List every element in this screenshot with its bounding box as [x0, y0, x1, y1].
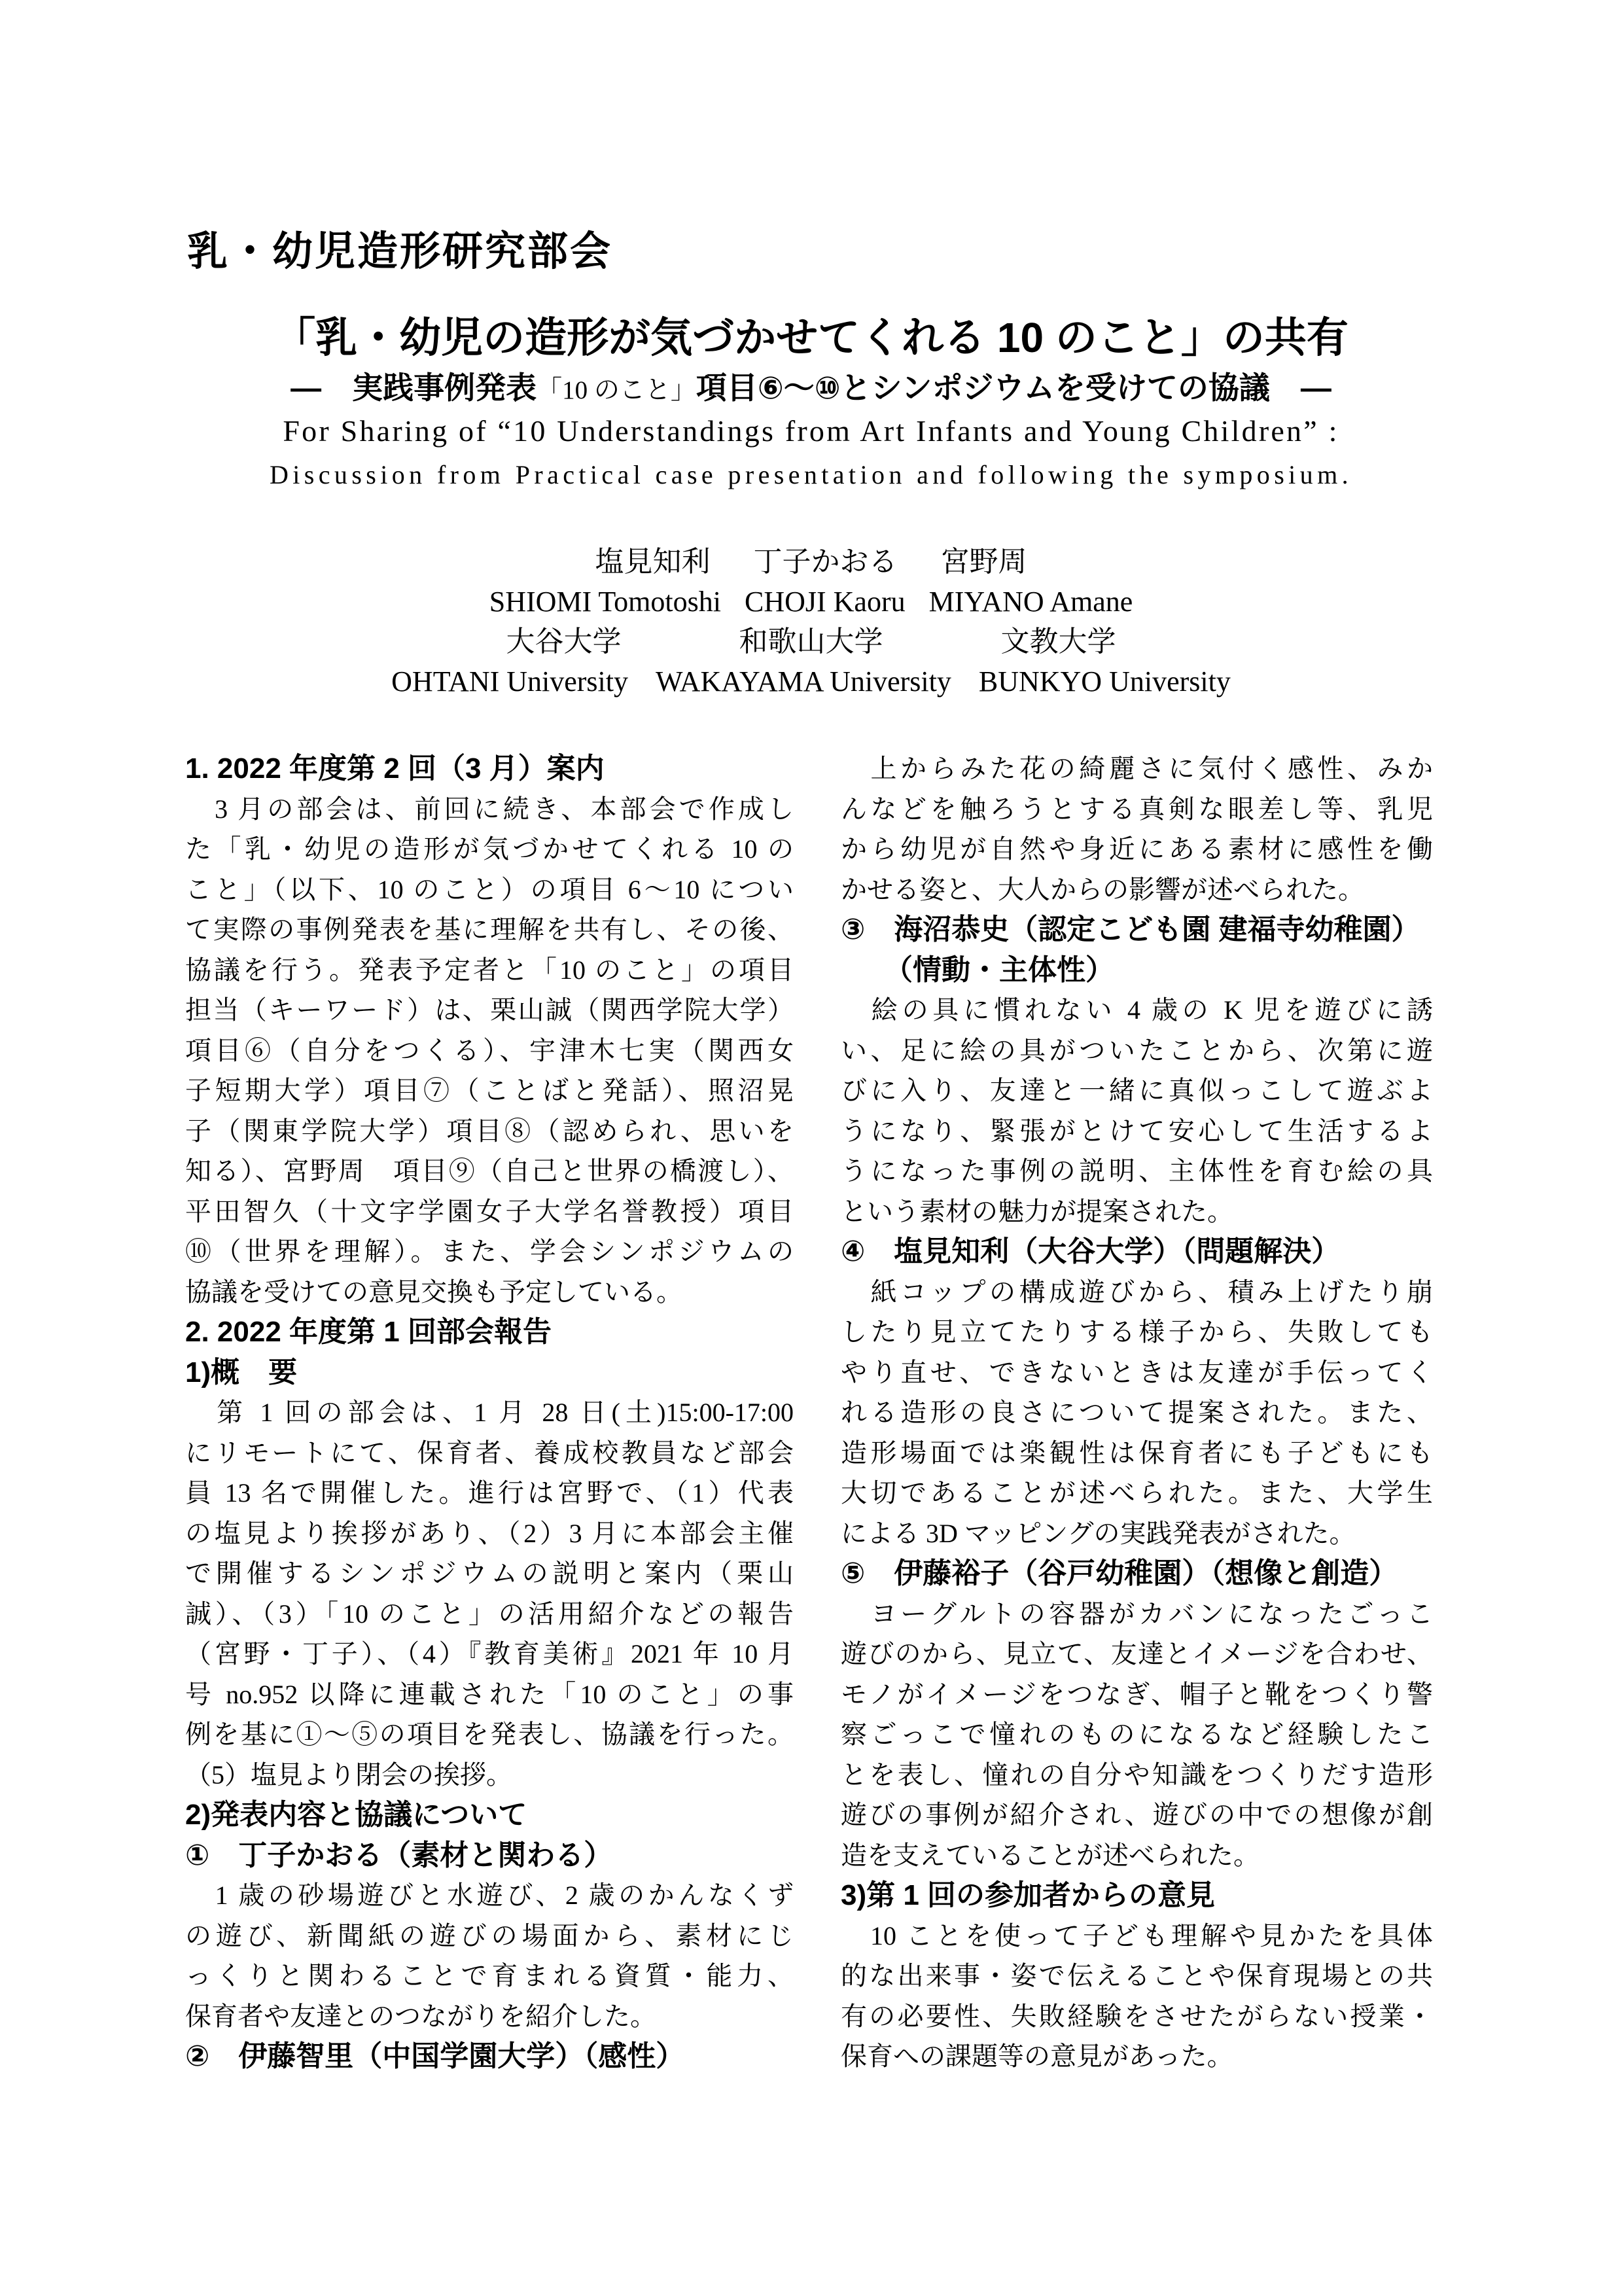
page: 乳・幼児造形研究部会 「乳・幼児の造形が気づかせてくれる 10 のこと」の共有 … — [0, 0, 1622, 2296]
text-line: 有の必要性、失敗経験をさせたがらない授業・ — [841, 1996, 1433, 2037]
paragraph: 1 歳の砂場遊びと水遊び、2 歳のかんなくずの遊び、新聞紙の遊びの場面から、素材… — [185, 1875, 794, 2036]
section-heading: 2)発表内容と協議について — [185, 1795, 794, 1835]
text-line: 協議を受けての意見交換も予定している。 — [185, 1272, 794, 1313]
text-line: い、足に絵の具がついたことから、次第に遊 — [841, 1031, 1433, 1071]
text-line: 絵の具に慣れない 4 歳の K 児を遊びに誘 — [841, 990, 1433, 1031]
text-line: 保育への課題等の意見があった。 — [841, 2036, 1433, 2077]
affiliation: 和歌山大学 — [739, 622, 883, 662]
text-line: れる造形の良さについて提案された。また、 — [841, 1392, 1433, 1433]
page-subtitle: ― 実践事例発表「10 のこと」項目⑥～⑩とシンポジウムを受けての協議 ― — [0, 370, 1622, 408]
text-line: （宮野・丁子）、（4）『教育美術』2021 年 10 月 — [185, 1634, 794, 1674]
text-line: こと」（以下、10 のこと）の項目 6～10 につい — [185, 870, 794, 910]
text-line: 協議を行う。発表予定者と「10 のこと」の項目 — [185, 950, 794, 991]
text-line: 第 1 回の部会は、1 月 28 日(土)15:00-17:00 — [185, 1392, 794, 1433]
section-heading: ① 丁子かおる（素材と関わる） — [185, 1835, 794, 1876]
subtitle-prefix: ― 実践事例発表 — [291, 370, 537, 405]
text-line: という素材の魅力が提案された。 — [841, 1192, 1433, 1232]
text-line: 紙コップの構成遊びから、積み上げたり崩 — [841, 1272, 1433, 1313]
text-line: にリモートにて、保育者、養成校教員など部会 — [185, 1433, 794, 1474]
text-line: で開催するシンポジウムの説明と案内（栗山 — [185, 1553, 794, 1594]
author-names-romanized: SHIOMI Tomotoshi CHOJI Kaoru MIYANO Aman… — [0, 582, 1622, 622]
section-heading: 2. 2022 年度第 1 回部会報告 — [185, 1312, 794, 1352]
section-heading: ⑤ 伊藤裕子（谷戸幼稚園）（想像と創造） — [841, 1553, 1433, 1594]
text-line: 察ごっこで憧れのものになるなど経験したこ — [841, 1714, 1433, 1755]
paragraph: 紙コップの構成遊びから、積み上げたり崩したり見立てたりする様子から、失敗してもや… — [841, 1272, 1433, 1554]
paragraph: 第 1 回の部会は、1 月 28 日(土)15:00-17:00にリモートにて、… — [185, 1392, 794, 1795]
text-line: ヨーグルトの容器がカバンになったごっこ — [841, 1594, 1433, 1634]
text-line: かせる姿と、大人からの影響が述べられた。 — [841, 870, 1433, 910]
text-line: ⑩（世界を理解）。また、学会シンポジウムの — [185, 1231, 794, 1272]
section-heading: 3)第 1 回の参加者からの意見 — [841, 1875, 1433, 1916]
text-line: 保育者や友達とのつながりを紹介した。 — [185, 1996, 794, 2037]
text-line: 1 歳の砂場遊びと水遊び、2 歳のかんなくず — [185, 1875, 794, 1916]
page-title: 「乳・幼児の造形が気づかせてくれる 10 のこと」の共有 — [0, 314, 1622, 361]
right-column: 上からみた花の綺麗さに気付く感性、みかんなどを触ろうとする真剣な眼差し等、乳児か… — [841, 749, 1433, 2077]
english-subtitle: Discussion from Practical case presentat… — [0, 459, 1622, 491]
text-line: 大切であることが述べられた。また、大学生 — [841, 1473, 1433, 1513]
paragraph: 絵の具に慣れない 4 歳の K 児を遊びに誘い、足に絵の具がついたことから、次第… — [841, 990, 1433, 1231]
section-heading: ④ 塩見知利（大谷大学）（問題解決） — [841, 1231, 1433, 1272]
text-line: の遊び、新聞紙の遊びの場面から、素材にじ — [185, 1916, 794, 1956]
text-line: 上からみた花の綺麗さに気付く感性、みか — [841, 749, 1433, 789]
section-heading: （情動・主体性） — [841, 950, 1433, 991]
body-columns: 1. 2022 年度第 2 回（3 月）案内 3 月の部会は、前回に続き、本部会… — [185, 749, 1433, 2077]
text-line: 10 ことを使って子ども理解や見かたを具体 — [841, 1916, 1433, 1956]
text-line: （5）塩見より閉会の挨拶。 — [185, 1755, 794, 1795]
text-line: 3 月の部会は、前回に続き、本部会で作成し — [185, 789, 794, 830]
text-line: 担当（キーワード）は、栗山誠（関西学院大学） — [185, 990, 794, 1031]
text-line: 員 13 名で開催した。進行は宮野で、（1）代表 — [185, 1473, 794, 1513]
text-line: 号 no.952 以降に連載された「10 のこと」の事 — [185, 1674, 794, 1715]
affiliation: 大谷大学 — [506, 622, 622, 662]
english-title: For Sharing of “10 Understandings from A… — [0, 414, 1622, 449]
author-names-japanese: 塩見知利 丁子かおる 宮野周 — [0, 542, 1622, 582]
text-line: 造を支えていることが述べられた。 — [841, 1835, 1433, 1876]
text-line: うになった事例の説明、主体性を育む絵の具 — [841, 1151, 1433, 1192]
affiliation: 文教大学 — [1001, 622, 1116, 662]
text-line: んなどを触ろうとする真剣な眼差し等、乳児 — [841, 789, 1433, 830]
text-line: 誠）、（3）「10 のこと」の活用紹介などの報告 — [185, 1594, 794, 1634]
text-line: びに入り、友達と一緒に真似っこして遊ぶよ — [841, 1070, 1433, 1111]
text-line: 例を基に①～⑤の項目を発表し、協議を行った。 — [185, 1714, 794, 1755]
author-name: 丁子かおる — [754, 542, 898, 582]
affiliation-romanized: WAKAYAMA University — [656, 662, 951, 701]
text-line: から幼児が自然や身近にある素材に感性を働 — [841, 829, 1433, 870]
author-affiliations-japanese: 大谷大学 和歌山大学 文教大学 — [0, 622, 1622, 662]
section-heading: 1. 2022 年度第 2 回（3 月）案内 — [185, 749, 794, 789]
text-line: 平田智久（十文字学園女子大学名誉教授）項目 — [185, 1192, 794, 1232]
text-line: モノがイメージをつなぎ、帽子と靴をつくり警 — [841, 1674, 1433, 1715]
section-heading: ② 伊藤智里（中国学園大学）（感性） — [185, 2036, 794, 2077]
subtitle-quoted-term: 「10 のこと」 — [537, 376, 696, 404]
author-name-romanized: CHOJI Kaoru — [745, 582, 906, 622]
text-line: 項目⑥（自分をつくる）、宇津木七実（関西女 — [185, 1031, 794, 1071]
text-line: うになり、緊張がとけて安心して生活するよ — [841, 1111, 1433, 1152]
text-line: っくりと関わることで育まれる資質・能力、 — [185, 1956, 794, 1996]
affiliation-romanized: BUNKYO University — [979, 662, 1231, 701]
subtitle-suffix: 項目⑥～⑩とシンポジウムを受けての協議 ― — [696, 370, 1331, 405]
text-line: とを表し、憧れの自分や知識をつくりだす造形 — [841, 1755, 1433, 1795]
text-line: やり直せ、できないときは友達が手伝ってく — [841, 1352, 1433, 1393]
text-line: た「乳・幼児の造形が気づかせてくれる 10 の — [185, 829, 794, 870]
text-line: 造形場面では楽観性は保育者にも子どもにも — [841, 1433, 1433, 1474]
author-name: 塩見知利 — [595, 542, 711, 582]
author-name-romanized: SHIOMI Tomotoshi — [489, 582, 721, 622]
author-name-romanized: MIYANO Amane — [929, 582, 1133, 622]
left-column: 1. 2022 年度第 2 回（3 月）案内 3 月の部会は、前回に続き、本部会… — [185, 749, 794, 2077]
paragraph: 上からみた花の綺麗さに気付く感性、みかんなどを触ろうとする真剣な眼差し等、乳児か… — [841, 749, 1433, 910]
text-line: て実際の事例発表を基に理解を共有し、その後、 — [185, 910, 794, 950]
research-group-name: 乳・幼児造形研究部会 — [187, 230, 612, 274]
affiliation-romanized: OHTANI University — [391, 662, 628, 701]
text-line: 的な出来事・姿で伝えることや保育現場との共 — [841, 1956, 1433, 1996]
text-line: したり見立てたりする様子から、失敗しても — [841, 1312, 1433, 1352]
text-line: 知る）、宮野周 項目⑨（自己と世界の橋渡し）、 — [185, 1151, 794, 1192]
paragraph: 3 月の部会は、前回に続き、本部会で作成した「乳・幼児の造形が気づかせてくれる … — [185, 789, 794, 1313]
text-line: の塩見より挨拶があり、（2）3 月に本部会主催 — [185, 1513, 794, 1554]
section-heading: 1)概 要 — [185, 1352, 794, 1393]
text-line: 子（関東学院大学）項目⑧（認められ、思いを — [185, 1111, 794, 1152]
author-name: 宮野周 — [941, 542, 1027, 582]
text-line: 子短期大学）項目⑦（ことばと発話）、照沼晃 — [185, 1070, 794, 1111]
paragraph: 10 ことを使って子ども理解や見かたを具体的な出来事・姿で伝えることや保育現場と… — [841, 1916, 1433, 2077]
text-line: 遊びのから、見立て、友達とイメージを合わせ、 — [841, 1634, 1433, 1674]
section-heading: ③ 海沼恭史（認定こども園 建福寺幼稚園） — [841, 910, 1433, 950]
text-line: 遊びの事例が紹介され、遊びの中での想像が創 — [841, 1795, 1433, 1835]
author-affiliations-romanized: OHTANI University WAKAYAMA University BU… — [0, 662, 1622, 701]
text-line: による 3D マッピングの実践発表がされた。 — [841, 1513, 1433, 1554]
paragraph: ヨーグルトの容器がカバンになったごっこ遊びのから、見立て、友達とイメージを合わせ… — [841, 1594, 1433, 1876]
